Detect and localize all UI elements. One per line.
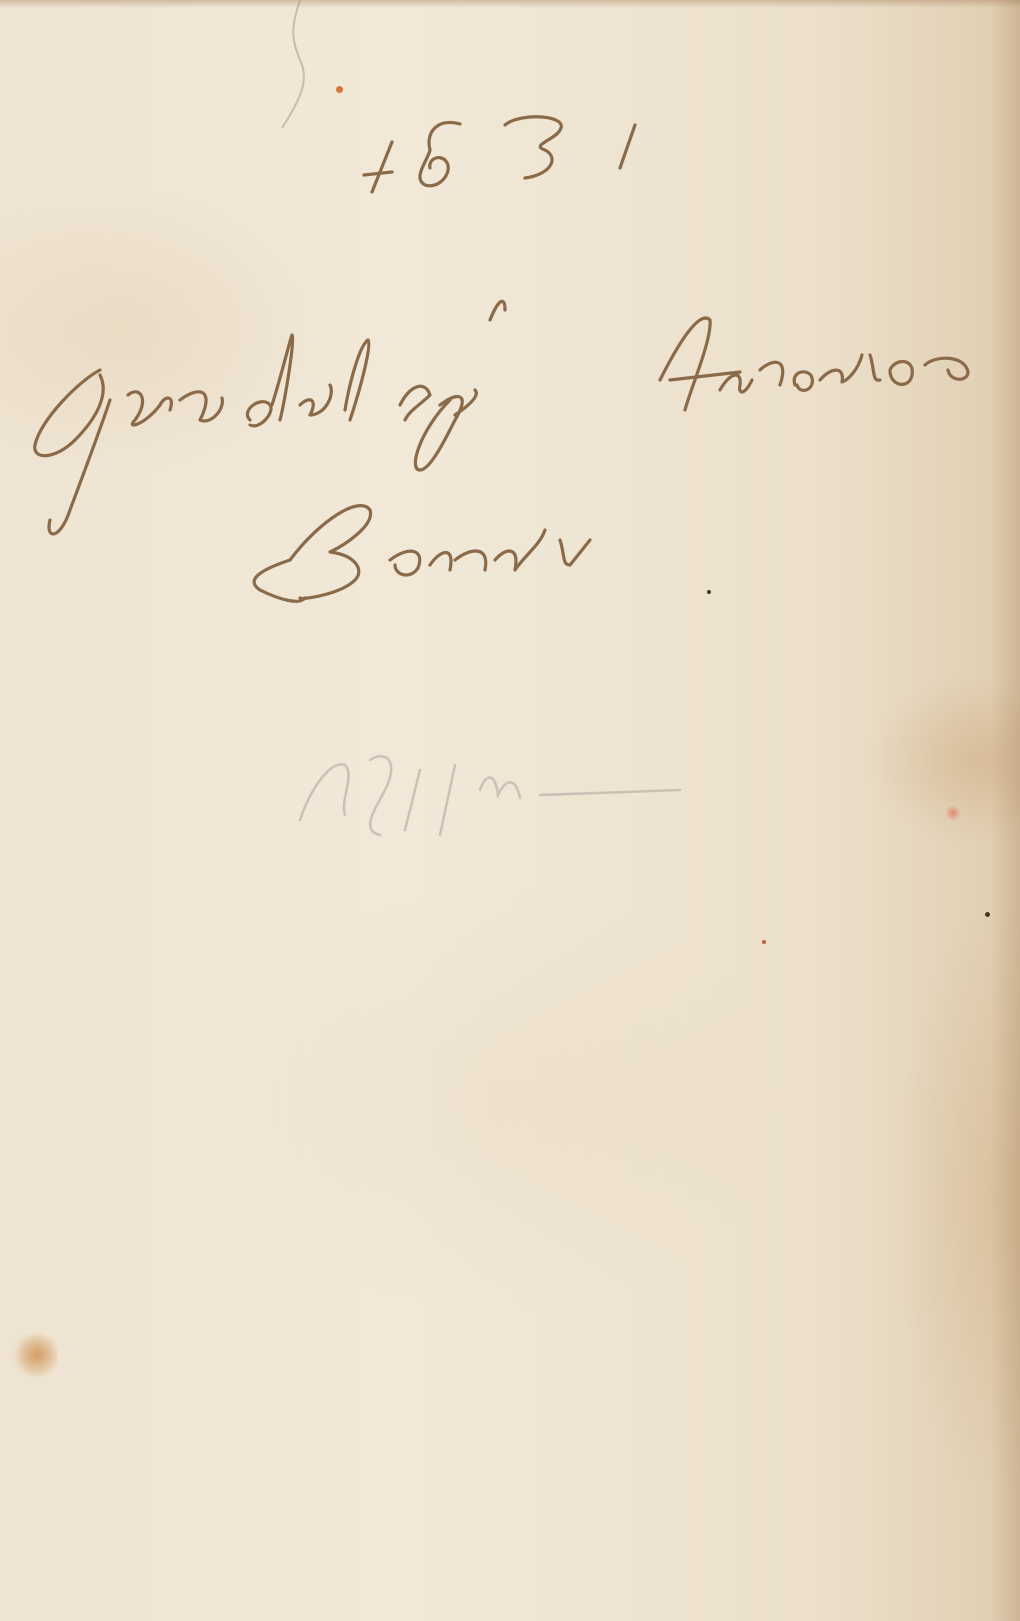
ink-dot bbox=[707, 590, 711, 594]
ink-dot bbox=[762, 940, 766, 944]
foxing-stain bbox=[18, 1330, 58, 1380]
page-right-edge bbox=[990, 0, 1020, 1621]
red-mark bbox=[945, 805, 961, 821]
ink-dot bbox=[985, 912, 990, 917]
ink-dot bbox=[336, 86, 343, 93]
manuscript-page: 1631 Opere del Sig.r Antonio Boni N 1/14… bbox=[0, 0, 1020, 1621]
